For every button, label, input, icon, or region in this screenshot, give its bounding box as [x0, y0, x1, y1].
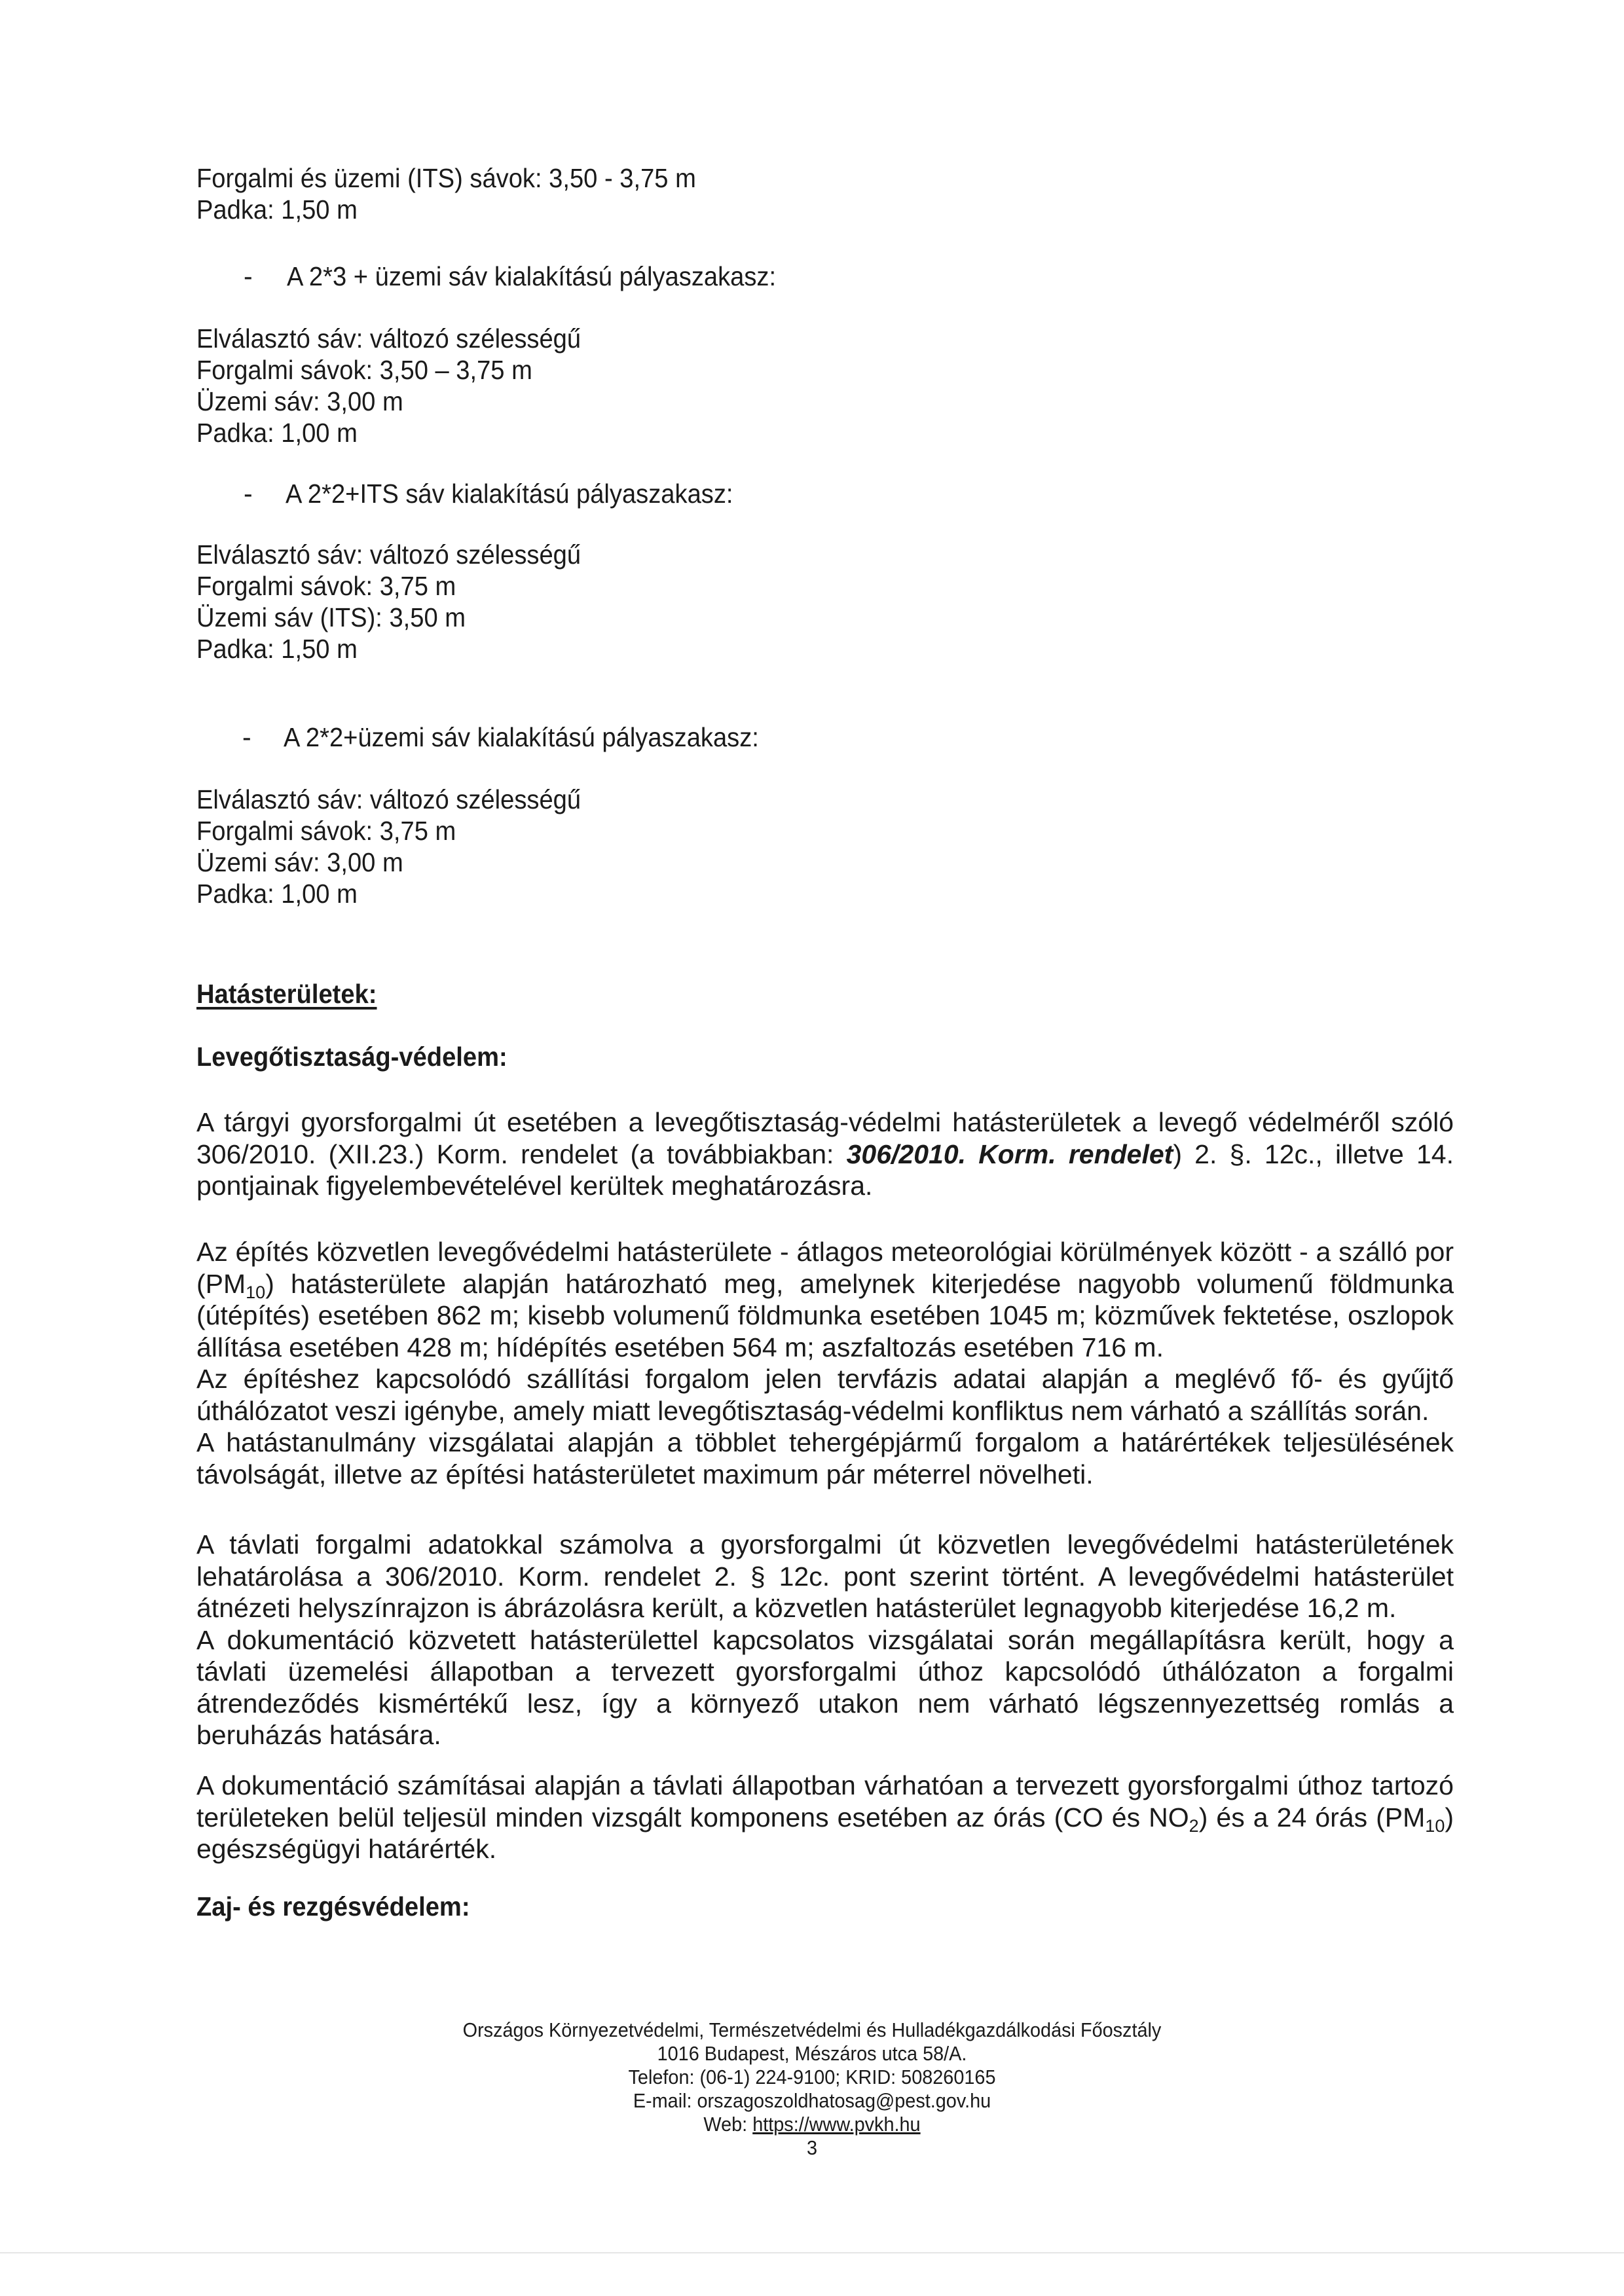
spec-line: Forgalmi sávok: 3,50 – 3,75 m: [196, 354, 532, 386]
subscript: 2: [1189, 1816, 1199, 1836]
spec-line: Üzemi sáv: 3,00 m: [196, 386, 403, 417]
paragraph: A dokumentáció számításai alapján a távl…: [196, 1770, 1454, 1865]
section-title: A 2*2+ITS sáv kialakítású pályaszakasz:: [286, 478, 733, 509]
spec-line: Elválasztó sáv: változó szélességű: [196, 323, 581, 354]
section-title: A 2*3 + üzemi sáv kialakítású pályaszaka…: [287, 261, 776, 292]
page-number: 3: [57, 2136, 1567, 2160]
spec-line: Üzemi sáv: 3,00 m: [196, 847, 403, 878]
paragraph-text: ) és a 24 órás (PM: [1199, 1802, 1426, 1832]
footer-address: 1016 Budapest, Mészáros utca 58/A.: [57, 2042, 1567, 2066]
footer-web-label: Web:: [703, 2113, 752, 2136]
footer-email: E-mail: orszagoszoldhatosag@pest.gov.hu: [57, 2089, 1567, 2113]
footer-phone: Telefon: (06-1) 224-9100; KRID: 50826016…: [57, 2066, 1567, 2089]
spec-line: Padka: 1,00 m: [196, 878, 358, 909]
paragraph-text: ) hatásterülete alapján határozható meg,…: [196, 1269, 1454, 1362]
page-edge-divider: [0, 2252, 1624, 2253]
spec-line: Padka: 1,50 m: [196, 194, 358, 225]
spec-line: Elválasztó sáv: változó szélességű: [196, 539, 581, 570]
paragraph-text: A távlati forgalmi adatokkal számolva a …: [196, 1529, 1454, 1624]
paragraph-text: A hatástanulmány vizsgálatai alapján a t…: [196, 1427, 1454, 1490]
heading-levego: Levegőtisztaság-védelem:: [196, 1041, 507, 1072]
paragraph: Az építés közvetlen levegővédelmi hatást…: [196, 1236, 1454, 1490]
spec-line: Padka: 1,50 m: [196, 633, 358, 665]
bullet-dash: -: [242, 721, 251, 753]
spec-line: Forgalmi sávok: 3,75 m: [196, 570, 456, 602]
spec-line: Padka: 1,00 m: [196, 417, 358, 448]
paragraph-text: Az építéshez kapcsolódó szállítási forga…: [196, 1363, 1454, 1427]
bullet-dash: -: [244, 261, 253, 292]
footer-web-link[interactable]: https://www.pvkh.hu: [752, 2113, 920, 2136]
subscript: 10: [246, 1283, 265, 1302]
spec-line: Üzemi sáv (ITS): 3,50 m: [196, 602, 466, 633]
heading-zaj: Zaj- és rezgésvédelem:: [196, 1891, 470, 1922]
bullet-dash: -: [244, 478, 253, 509]
paragraph-text: A dokumentáció közvetett hatásterülettel…: [196, 1624, 1454, 1751]
document-page: Forgalmi és üzemi (ITS) sávok: 3,50 - 3,…: [0, 0, 1624, 2296]
paragraph: A tárgyi gyorsforgalmi út esetében a lev…: [196, 1106, 1454, 1202]
footer: Országos Környezetvédelmi, Természetvéde…: [0, 2018, 1624, 2160]
section-title: A 2*2+üzemi sáv kialakítású pályaszakasz…: [284, 721, 759, 753]
paragraph-emphasis: 306/2010. Korm. rendelet: [847, 1139, 1173, 1169]
heading-hatasteruletek: Hatásterületek:: [196, 978, 377, 1010]
footer-web: Web: https://www.pvkh.hu: [57, 2113, 1567, 2136]
spec-line: Forgalmi és üzemi (ITS) sávok: 3,50 - 3,…: [196, 162, 696, 194]
spec-line: Forgalmi sávok: 3,75 m: [196, 815, 456, 847]
spec-line: Elválasztó sáv: változó szélességű: [196, 784, 581, 815]
subscript: 10: [1425, 1816, 1445, 1836]
paragraph: A távlati forgalmi adatokkal számolva a …: [196, 1529, 1454, 1751]
footer-org: Országos Környezetvédelmi, Természetvéde…: [57, 2018, 1567, 2042]
